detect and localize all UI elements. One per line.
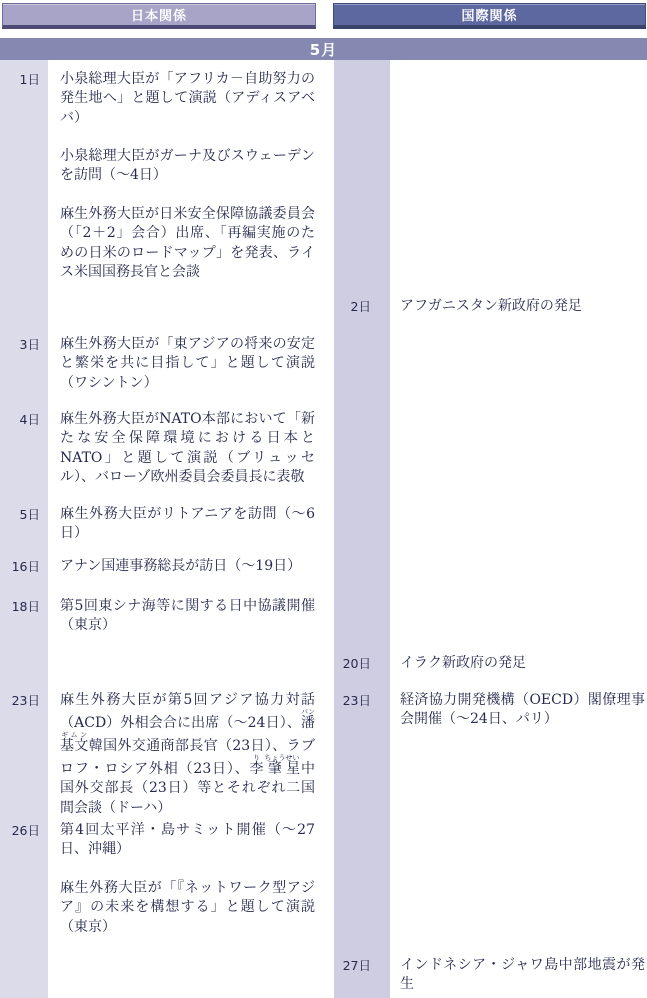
month-label: 5月	[310, 39, 337, 60]
japan-entry-date: 23日	[0, 691, 40, 710]
international-entry-date: 20日	[334, 654, 371, 673]
japan-entry-date: 5日	[0, 505, 40, 524]
japan-entry-text: 麻生外務大臣がNATO本部において「新たな安全保障環境における日本とNATO」と…	[60, 410, 315, 487]
japan-entry-text: アナン国連事務総長が訪日（～19日）	[60, 557, 315, 576]
chronology-page: 日本関係 国際関係 5月 1日 小泉総理大臣が「アフリカ－自助努力の発生地へ」と…	[0, 0, 647, 998]
japan-entry-date: 16日	[0, 557, 40, 576]
japan-entry-text: 麻生外務大臣が第5回アジア協力対話（ACD）外相会合に出席（～24日）、潘パン基…	[60, 691, 315, 818]
international-entry-text: アフガニスタン新政府の発足	[400, 297, 645, 316]
international-column-header-label: 国際関係	[461, 5, 517, 24]
international-column-header: 国際関係	[333, 3, 646, 29]
japan-entry-date: 1日	[0, 70, 40, 89]
international-entry-text: インドネシア・ジャワ島中部地震が発生	[400, 956, 645, 995]
japan-column-header-label: 日本関係	[131, 5, 187, 24]
international-date-column-strip	[334, 60, 390, 998]
japan-entry-text: 麻生外務大臣が「東アジアの将来の安定と繁栄を共に目指して」と題して演説（ワシント…	[60, 335, 315, 393]
japan-date-column-strip	[0, 60, 48, 998]
japan-entry-text: 小泉総理大臣がガーナ及びスウェーデンを訪問（～4日）	[60, 147, 315, 186]
international-entry-text: 経済協力開発機構（OECD）閣僚理事会開催（～24日、パリ）	[400, 691, 645, 730]
international-entry-date: 2日	[334, 297, 371, 316]
japan-entry-text: 小泉総理大臣が「アフリカ－自助努力の発生地へ」と題して演説（アディスアベバ）	[60, 70, 315, 128]
japan-entry-date: 3日	[0, 335, 40, 354]
japan-entry-text: 第4回太平洋・島サミット開催（～27日、沖縄）	[60, 821, 315, 860]
japan-entry-text: 麻生外務大臣が日米安全保障協議委員会（「2＋2」会合）出席、「再編実施のための日…	[60, 205, 315, 282]
japan-entry-date: 18日	[0, 597, 40, 616]
international-entry-text: イラク新政府の発足	[400, 654, 645, 673]
japan-entry-text: 第5回東シナ海等に関する日中協議開催（東京）	[60, 597, 315, 636]
japan-entry-text: 麻生外務大臣が「『ネットワーク型アジア』の未来を構想する」と題して演説（東京）	[60, 879, 315, 937]
japan-entry-date: 26日	[0, 821, 40, 840]
japan-entry-date: 4日	[0, 410, 40, 429]
japan-entry-text: 麻生外務大臣がリトアニアを訪問（～6日）	[60, 505, 315, 544]
international-entry-date: 23日	[334, 691, 371, 710]
international-entry-date: 27日	[334, 956, 371, 975]
month-bar: 5月	[0, 38, 647, 60]
japan-column-header: 日本関係	[2, 3, 316, 29]
